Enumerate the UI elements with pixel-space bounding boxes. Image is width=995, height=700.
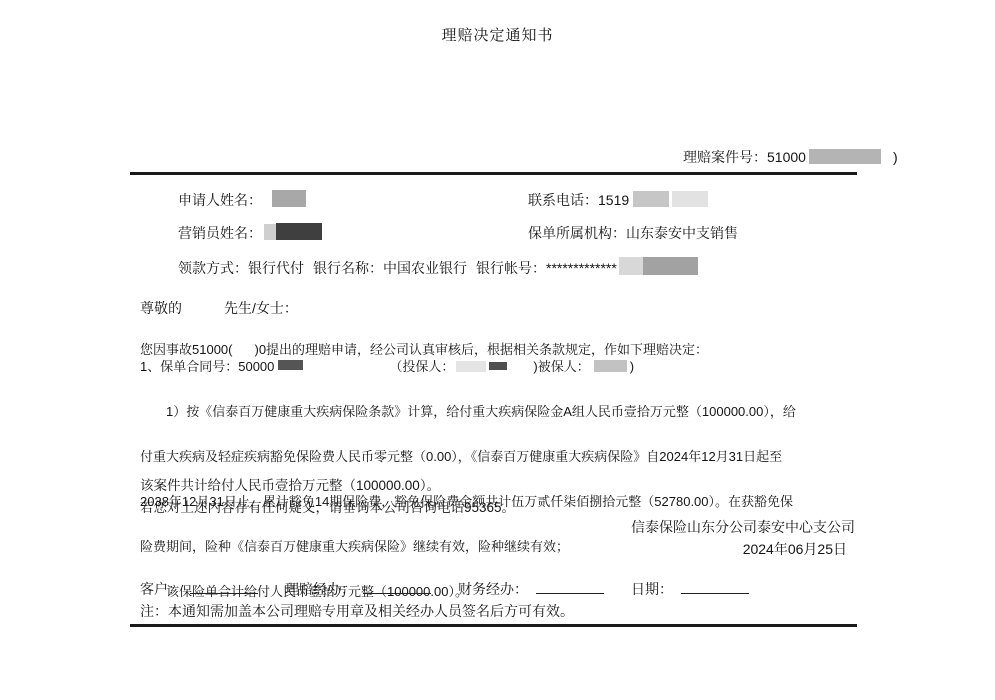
bank-name-value: 中国农业银行 bbox=[383, 260, 467, 276]
intro-suffix: )0提出的理赔申请，经公司认真审核后，根据相关条款规定，作如下理赔决定： bbox=[254, 342, 708, 357]
policy-holder-redaction-fragment bbox=[456, 361, 486, 372]
case-number-redaction bbox=[809, 149, 881, 164]
applicant-name-field: 申请人姓名： bbox=[178, 190, 306, 210]
agent-name-redaction-fragment bbox=[264, 224, 276, 240]
applicant-name-redaction bbox=[272, 190, 306, 207]
bank-name-label: 银行名称： bbox=[313, 260, 383, 276]
policy-number-redaction bbox=[278, 360, 303, 370]
phone-redaction-2 bbox=[672, 191, 708, 207]
insured-person-redaction bbox=[594, 360, 627, 372]
agent-name-redaction bbox=[276, 223, 322, 240]
payment-method-value: 银行代付 bbox=[248, 260, 304, 276]
phone-redaction-1 bbox=[633, 191, 669, 207]
policy-number-prefix: 1、保单合同号：50000 bbox=[140, 359, 274, 374]
top-rule-line bbox=[130, 172, 857, 175]
footer-signoff-line: 客户：理赔经办：财务经办：日期： bbox=[140, 579, 749, 599]
insured-person-tail: ) bbox=[630, 359, 634, 374]
salutation-line: 尊敬的先生/女士： bbox=[140, 298, 298, 318]
bottom-rule-line bbox=[130, 624, 857, 627]
customer-label: 客户： bbox=[140, 581, 182, 597]
signature-date: 2024年06月25日 bbox=[743, 539, 847, 559]
intro-prefix: 您因事故51000( bbox=[140, 342, 232, 357]
payment-method-label: 领款方式： bbox=[178, 260, 248, 276]
policy-holder-label: （投保人： bbox=[389, 359, 454, 374]
case-number-label: 理赔案件号： bbox=[683, 149, 767, 165]
claims-handler-label: 理赔经办： bbox=[285, 581, 355, 597]
policy-org-value: 山东泰安中支销售 bbox=[626, 225, 738, 241]
contact-phone-label: 联系电话： bbox=[528, 192, 598, 208]
footer-date-label: 日期： bbox=[631, 581, 673, 597]
agent-name-label: 营销员姓名： bbox=[178, 225, 262, 241]
salutation-prefix: 尊敬的 bbox=[140, 300, 182, 316]
customer-signature-line bbox=[190, 579, 258, 594]
bank-account-segment: 银行帐号：************* bbox=[476, 260, 698, 276]
insured-person-label: 被保人： bbox=[538, 359, 590, 374]
claim-notice-document: 理赔决定通知书 理赔案件号：51000) 申请人姓名： 联系电话：1519 营销… bbox=[0, 0, 995, 700]
footer-note: 注：本通知需加盖本公司理赔专用章及相关经办人员签名后方可有效。 bbox=[140, 601, 574, 621]
bank-account-masked: ************* bbox=[546, 260, 617, 276]
detail-line: 1）按《信泰百万健康重大疾病保险条款》计算，给付重大疾病保险金A组人民币壹拾万元… bbox=[140, 404, 796, 419]
payment-method-segment: 领款方式：银行代付 bbox=[178, 260, 304, 276]
page-title: 理赔决定通知书 bbox=[0, 24, 995, 45]
case-number-value: 51000 bbox=[767, 149, 806, 165]
contact-phone-value: 1519 bbox=[598, 192, 629, 208]
detail-line: 付重大疾病及轻症疾病豁免保险费人民币零元整（0.00），《信泰百万健康重大疾病保… bbox=[140, 449, 796, 464]
case-total-line: 该案件共计给付人民币壹拾万元整（100000.00）。 bbox=[140, 474, 440, 494]
bank-account-redaction-1 bbox=[619, 257, 643, 275]
finance-handler-signature-line bbox=[536, 579, 604, 594]
agent-name-field: 营销员姓名： bbox=[178, 223, 322, 243]
policy-org-label: 保单所属机构： bbox=[528, 225, 626, 241]
case-number-line: 理赔案件号：51000) bbox=[683, 147, 898, 167]
contact-phone-field: 联系电话：1519 bbox=[528, 190, 708, 210]
salutation-suffix: 先生/女士： bbox=[224, 300, 298, 316]
claims-handler-signature-line bbox=[363, 579, 431, 594]
signature-company: 信泰保险山东分公司泰安中心支公司 bbox=[631, 517, 855, 537]
hotline-line: 若您对上述内容存有任何疑义，请垂询本公司咨询电话95365。 bbox=[140, 496, 515, 516]
footer-date-line bbox=[681, 579, 749, 594]
policy-holder-redaction bbox=[489, 362, 507, 370]
detail-line: 险费期间，险种《信泰百万健康重大疾病保险》继续有效，险种继续有效； bbox=[140, 539, 796, 554]
finance-handler-label: 财务经办： bbox=[458, 581, 528, 597]
applicant-name-label: 申请人姓名： bbox=[178, 192, 262, 208]
bank-account-label: 银行帐号： bbox=[476, 260, 546, 276]
case-number-tail: ) bbox=[893, 149, 898, 165]
payment-info-field: 领款方式：银行代付银行名称：中国农业银行银行帐号：************* bbox=[178, 257, 698, 278]
policy-contract-line: 1、保单合同号：50000（投保人：)被保人：) bbox=[140, 356, 634, 375]
bank-name-segment: 银行名称：中国农业银行 bbox=[313, 260, 467, 276]
policy-org-field: 保单所属机构：山东泰安中支销售 bbox=[528, 223, 738, 243]
bank-account-redaction-2 bbox=[643, 257, 698, 275]
